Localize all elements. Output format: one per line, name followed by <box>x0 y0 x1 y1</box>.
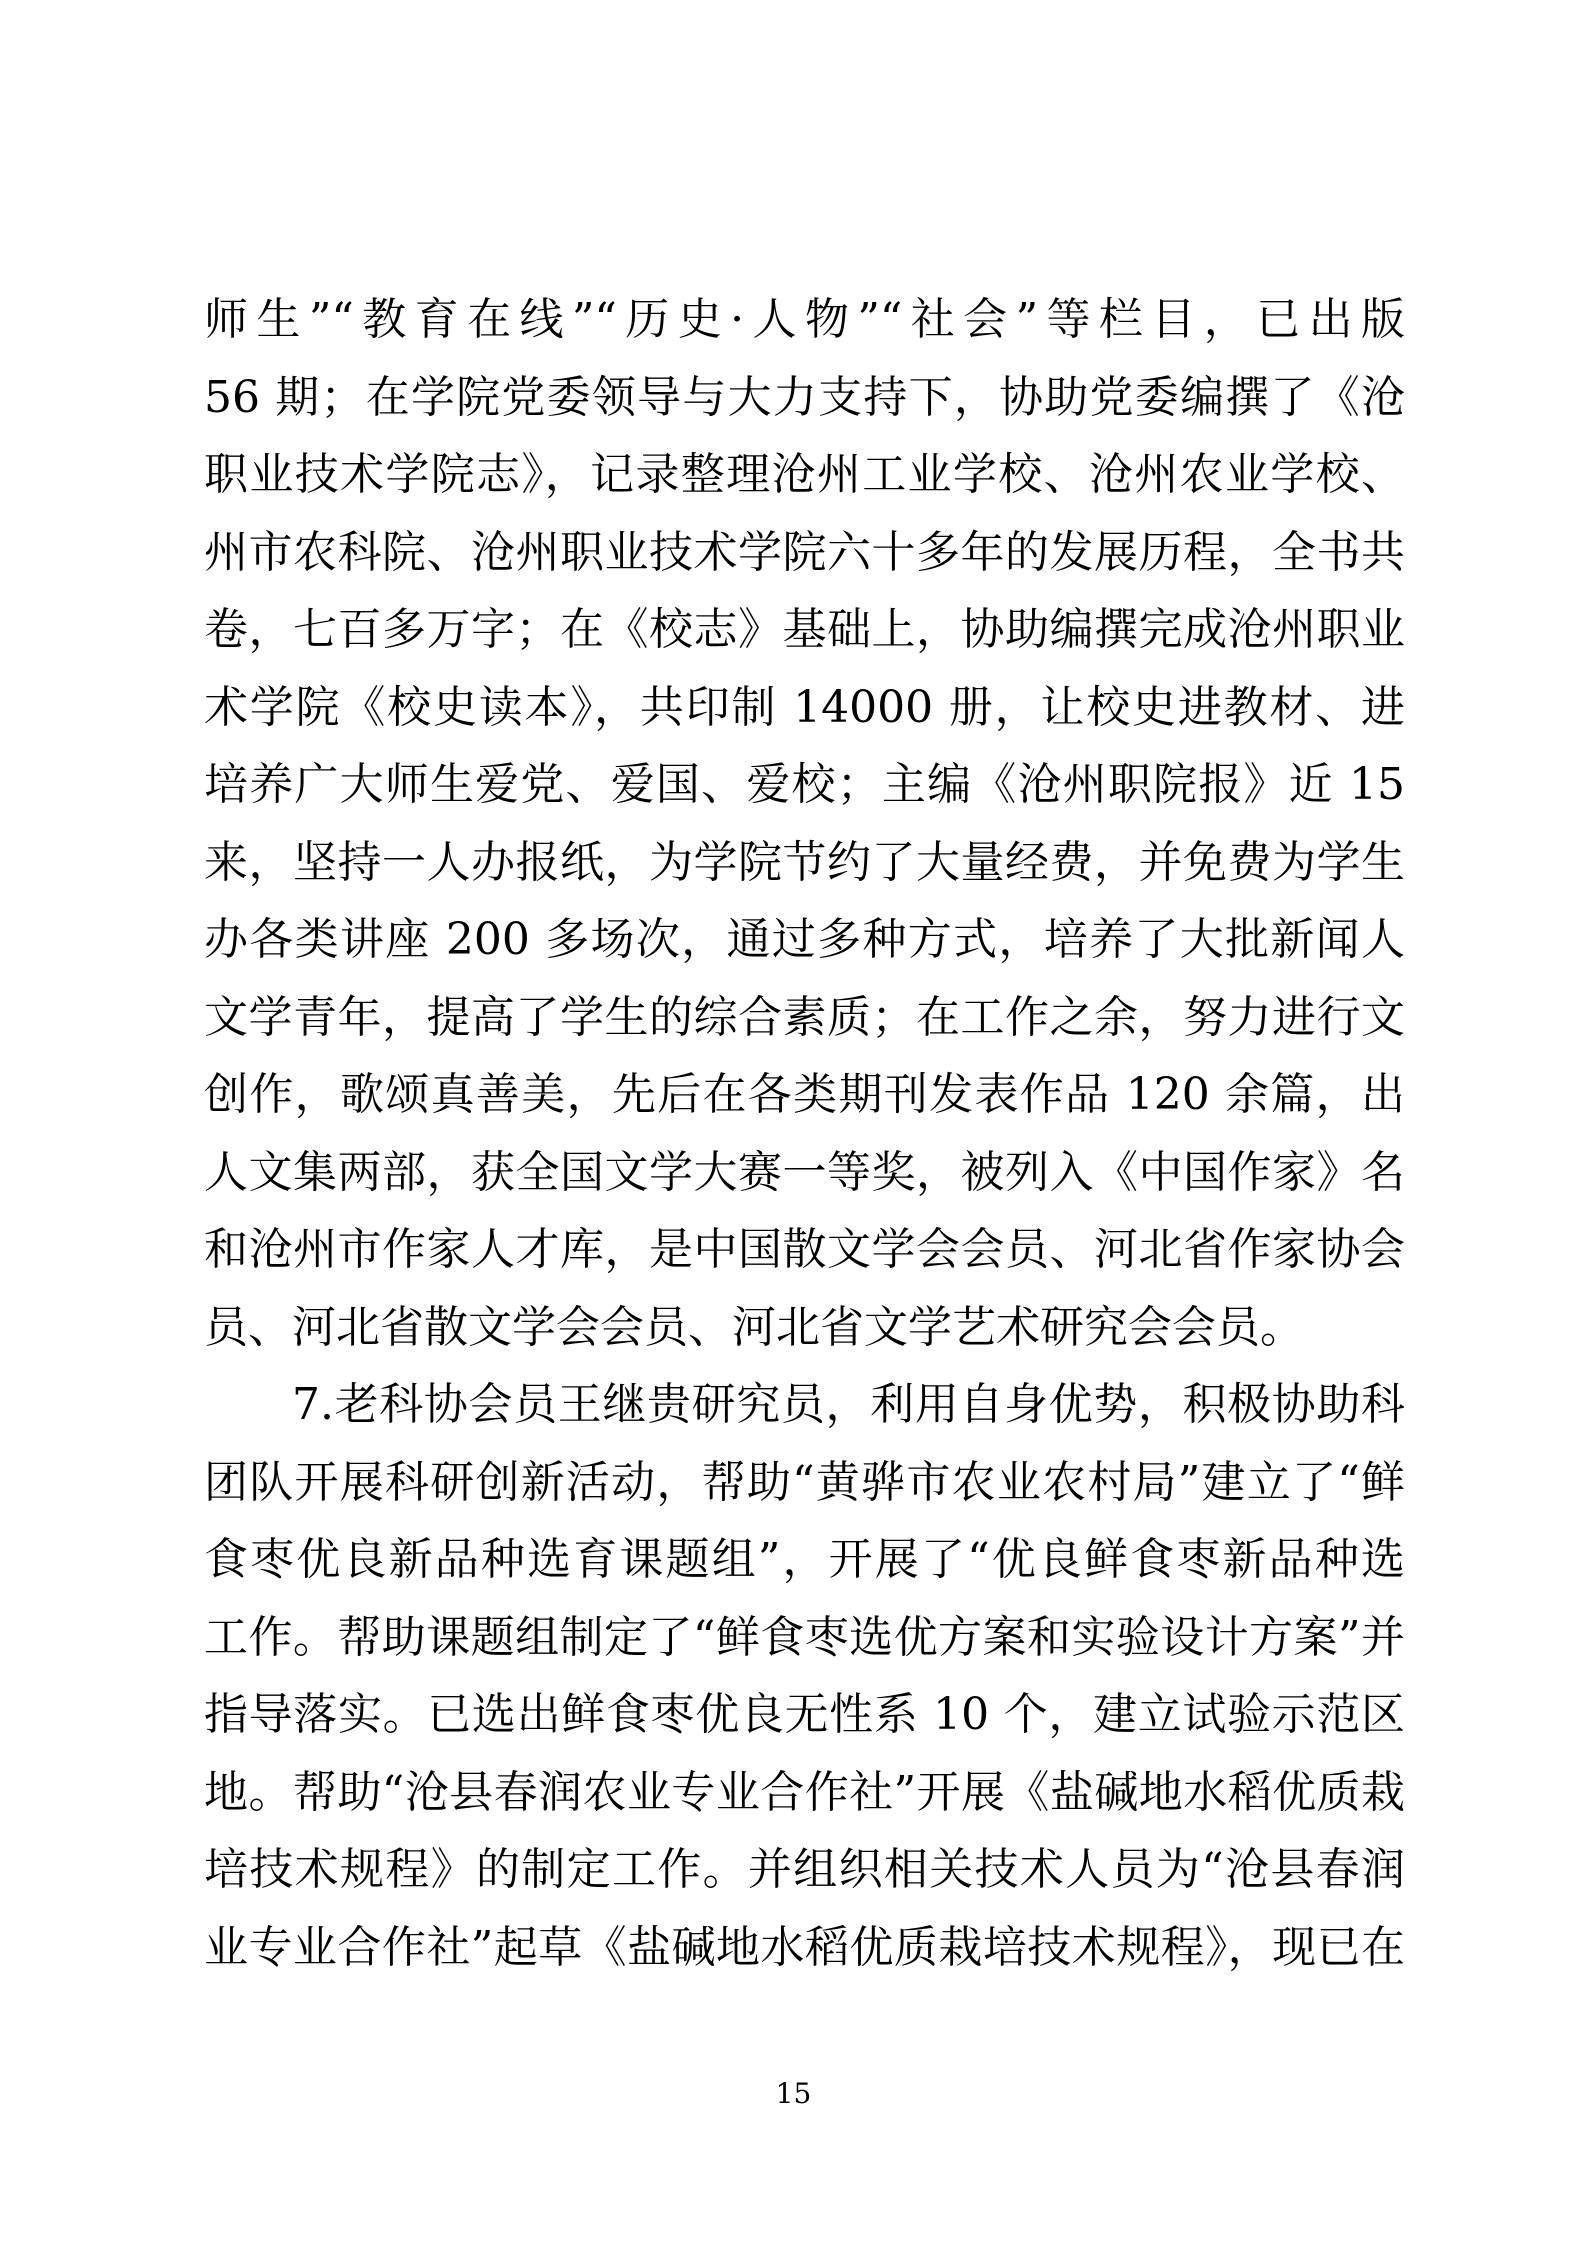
text-line: 培技术规程》的制定工作。并组织相关技术人员为“沧县春润农 <box>204 1831 1405 1909</box>
page-number: 15 <box>0 2078 1587 2110</box>
text-line: 和沧州市作家人才库，是中国散文学会会员、河北省作家协会会 <box>204 1211 1405 1289</box>
text-line: 培养广大师生爱党、爱国、爱校；主编《沧州职院报》近 15 年 <box>204 746 1405 824</box>
document-page: 师生”“教育在线”“历史·人物”“社会”等栏目，已出版56 期；在学院党委领导与… <box>0 0 1587 2245</box>
text-line: 卷，七百多万字；在《校志》基础上，协助编撰完成沧州职业技 <box>204 591 1405 669</box>
text-line: 来，坚持一人办报纸，为学院节约了大量经费，并免费为学生举 <box>204 824 1405 902</box>
text-block: 师生”“教育在线”“历史·人物”“社会”等栏目，已出版56 期；在学院党委领导与… <box>204 281 1405 1986</box>
text-line: 指导落实。已选出鲜食枣优良无性系 10 个，建立试验示范区 3 <box>204 1676 1405 1754</box>
text-line: 文学青年，提高了学生的综合素质；在工作之余，努力进行文学 <box>204 979 1405 1057</box>
text-line: 职业技术学院志》，记录整理沧州工业学校、沧州农业学校、沧 <box>204 436 1405 514</box>
text-line: 办各类讲座 200 多场次，通过多种方式，培养了大批新闻人才和 <box>204 901 1405 979</box>
text-line: 7.老科协会员王继贵研究员，利用自身优势，积极协助科研 <box>204 1366 1405 1444</box>
text-line: 员、河北省散文学会会员、河北省文学艺术研究会会员。 <box>204 1289 1405 1367</box>
text-line: 团队开展科研创新活动，帮助“黄骅市农业农村局”建立了“鲜 <box>204 1444 1405 1522</box>
text-line: 创作，歌颂真善美，先后在各类期刊发表作品 120 余篇，出版个 <box>204 1056 1405 1134</box>
text-line: 食枣优良新品种选育课题组”，开展了“优良鲜食枣新品种选育” <box>204 1521 1405 1599</box>
text-line: 地。帮助“沧县春润农业专业合作社”开展《盐碱地水稻优质栽 <box>204 1754 1405 1832</box>
text-line: 工作。帮助课题组制定了“鲜食枣选优方案和实验设计方案”并 <box>204 1599 1405 1677</box>
text-line: 术学院《校史读本》，共印制 14000 册，让校史进教材、进课堂， <box>204 669 1405 747</box>
text-line: 师生”“教育在线”“历史·人物”“社会”等栏目，已出版 <box>204 281 1405 359</box>
text-line: 人文集两部，获全国文学大赛一等奖，被列入《中国作家》名录 <box>204 1134 1405 1212</box>
text-line: 州市农科院、沧州职业技术学院六十多年的发展历程，全书共八 <box>204 514 1405 592</box>
text-line: 业专业合作社”起草《盐碱地水稻优质栽培技术规程》，现已在 <box>204 1909 1405 1987</box>
text-line: 56 期；在学院党委领导与大力支持下，协助党委编撰了《沧州 <box>204 359 1405 437</box>
